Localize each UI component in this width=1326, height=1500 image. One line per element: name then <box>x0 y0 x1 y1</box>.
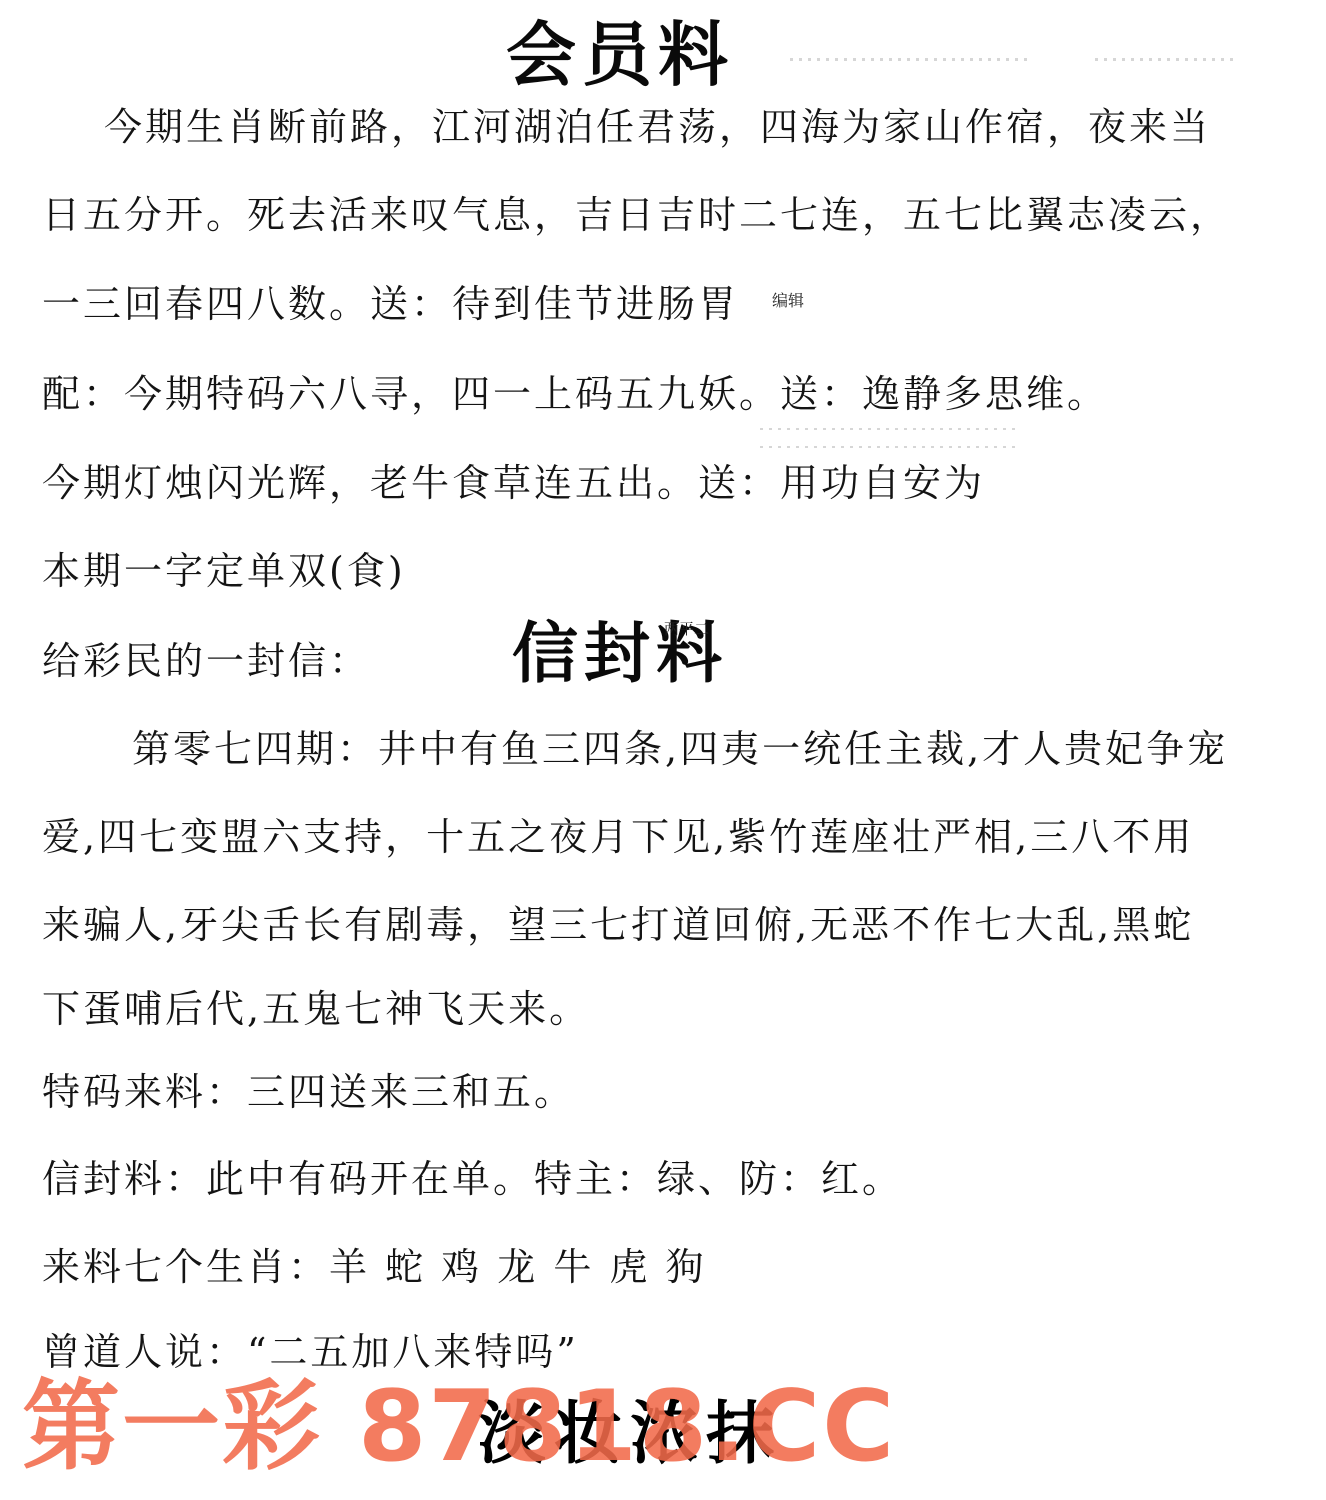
lamp-line: 今期灯烛闪光辉，老牛食草连五出。送：用功自安为 <box>42 464 985 502</box>
site-watermark: 第一彩 87818.CC <box>22 1378 896 1476</box>
pairing-line: 配：今期特码六八寻，四一上码五九妖。送：逸静多思维。 <box>42 375 1108 413</box>
member-paragraph-line-3: 一三回春四八数。送：待到佳节进肠胃 <box>42 285 739 323</box>
zodiac-line: 来料七个生肖：羊 蛇 鸡 龙 牛 虎 狗 <box>42 1248 706 1286</box>
quote-line: 曾道人说：“二五加八来特吗” <box>42 1333 579 1371</box>
envelope-line: 信封料：此中有码开在单。特主：绿、防：红。 <box>42 1160 903 1198</box>
scan-noise <box>1095 58 1235 61</box>
stray-note-two: 两平二 <box>664 622 709 637</box>
issue-paragraph-line-1: 第零七四期：井中有鱼三四条,四夷一统任主裁,才人贵妃争宠 <box>132 730 1228 768</box>
single-char-line: 本期一字定单双(食) <box>42 552 406 590</box>
scan-noise <box>760 428 1020 430</box>
scan-noise <box>760 446 1020 448</box>
member-paragraph-line-1: 今期生肖断前路，江河湖泊任君荡，四海为家山作宿，夜来当 <box>104 108 1211 146</box>
issue-paragraph-line-3: 来骗人,牙尖舌长有剧毒，望三七打道回俯,无恶不作七大乱,黑蛇 <box>42 906 1194 944</box>
stray-note-edit: 编辑 <box>772 293 804 309</box>
issue-paragraph-line-4: 下蛋哺后代,五鬼七神飞天来。 <box>42 990 590 1028</box>
issue-paragraph-line-2: 爱,四七变盟六支持，十五之夜月下见,紫竹莲座壮严相,三八不用 <box>42 818 1194 856</box>
special-code-line: 特码来料：三四送来三和五。 <box>42 1073 575 1111</box>
scan-noise <box>790 58 1030 61</box>
member-title: 会员料 <box>506 20 734 90</box>
letter-label: 给彩民的一封信： <box>42 642 370 680</box>
member-paragraph-line-2: 日五分开。死去活来叹气息，吉日吉时二七连，五七比翼志凌云， <box>42 196 1231 234</box>
